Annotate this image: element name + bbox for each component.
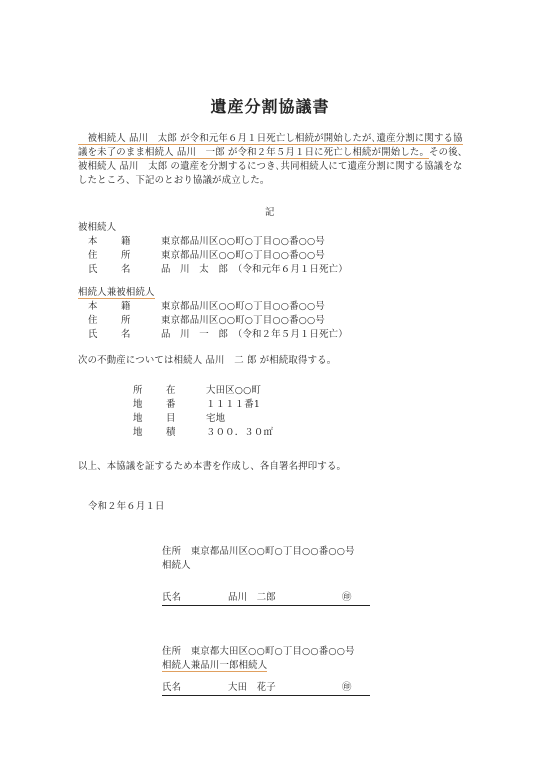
address: 東京都大田区○○町○丁目○○番○○号 — [191, 646, 355, 657]
label: 目 — [166, 412, 206, 426]
intro-line-1: 被相続人 品川 太郎 が令和元年６月１日死亡し相続が開始したが､遺産分割に関する… — [78, 133, 463, 145]
signature-line: 氏名 品川 二郎 ㊞ — [162, 591, 370, 606]
value: 大田区○○町 — [206, 384, 261, 398]
intro-line-2-tail: その後、 — [429, 147, 467, 158]
label: 所 — [121, 249, 161, 263]
signer-2: 住所 東京都大田区○○町○丁目○○番○○号 相続人兼品川一郎相続人 氏名 大田 … — [162, 645, 370, 696]
decedent2-section: 相続人兼被相続人 本籍東京都品川区○○町○丁目○○番○○号 住所東京都品川区○○… — [78, 286, 348, 342]
address-label: 住所 — [162, 546, 181, 557]
label: 氏 — [88, 263, 121, 277]
decedent2-row-address: 住所東京都品川区○○町○丁目○○番○○号 — [78, 314, 348, 328]
closing-statement: 以上、本協議を証するため本書を作成し、各自署名押印する。 — [78, 460, 346, 474]
label: 氏 — [88, 328, 121, 342]
label: 所 — [121, 314, 161, 328]
document-date: 令和２年６月１日 — [88, 500, 165, 514]
decedent2-row-honseki: 本籍東京都品川区○○町○丁目○○番○○号 — [78, 300, 348, 314]
decedent2-heading: 相続人兼被相続人 — [78, 287, 155, 299]
decedent1-row-name: 氏名品 川 太 郎 （令和元年６月１日死亡） — [78, 263, 348, 277]
label: 名 — [121, 263, 161, 277]
label: 住 — [88, 249, 121, 263]
intro-line-4: したところ、下記のとおり協議が成立した。 — [78, 174, 467, 188]
signature-line: 氏名 大田 花子 ㊞ — [162, 681, 370, 696]
signer-role: 相続人 — [162, 559, 370, 573]
seal-mark: ㊞ — [342, 681, 352, 695]
label: 番 — [166, 398, 206, 412]
value: 品 川 一 郎 （令和２年５月１日死亡） — [161, 328, 348, 342]
label: 地 — [133, 398, 166, 412]
label: 名 — [121, 328, 161, 342]
address-label: 住所 — [162, 646, 181, 657]
label: 在 — [166, 384, 206, 398]
intro-paragraph: 被相続人 品川 太郎 が令和元年６月１日死亡し相続が開始したが､遺産分割に関する… — [78, 132, 467, 188]
label: 住 — [88, 314, 121, 328]
decedent1-section: 被相続人 本籍東京都品川区○○町○丁目○○番○○号 住所東京都品川区○○町○丁目… — [78, 221, 348, 277]
label: 籍 — [121, 235, 161, 249]
value: 東京都品川区○○町○丁目○○番○○号 — [161, 300, 325, 314]
decedent1-row-honseki: 本籍東京都品川区○○町○丁目○○番○○号 — [78, 235, 348, 249]
address: 東京都品川区○○町○丁目○○番○○号 — [191, 546, 355, 557]
value: ３００．３０㎡ — [206, 426, 273, 440]
label: 積 — [166, 426, 206, 440]
seal-mark: ㊞ — [342, 591, 352, 605]
label: 本 — [88, 235, 121, 249]
label: 所 — [133, 384, 166, 398]
property-row-category: 地目宅地 — [133, 412, 273, 426]
ki-heading: 記 — [265, 206, 275, 220]
label: 籍 — [121, 300, 161, 314]
label: 地 — [133, 426, 166, 440]
value: １１１１番1 — [206, 398, 260, 412]
value: 東京都品川区○○町○丁目○○番○○号 — [161, 314, 325, 328]
name-label: 氏名 — [162, 681, 228, 695]
decedent1-heading: 被相続人 — [78, 221, 348, 235]
intro-line-2: 議を未了のまま相続人 品川 一郎 が令和２年５月１日に死亡し相続が開始した。 — [78, 147, 429, 159]
signer-1: 住所 東京都品川区○○町○丁目○○番○○号 相続人 氏名 品川 二郎 ㊞ — [162, 545, 370, 606]
signer-name: 大田 花子 — [228, 681, 342, 695]
signer-role: 相続人兼品川一郎相続人 — [162, 660, 267, 672]
property-row-location: 所在大田区○○町 — [133, 384, 273, 398]
value: 品 川 太 郎 （令和元年６月１日死亡） — [161, 263, 348, 277]
property-intro: 次の不動産については相続人 品川 二 郎 が相続取得する。 — [78, 354, 336, 368]
property-row-area: 地積３００．３０㎡ — [133, 426, 273, 440]
property-table: 所在大田区○○町 地番１１１１番1 地目宅地 地積３００．３０㎡ — [133, 384, 273, 440]
name-label: 氏名 — [162, 591, 228, 605]
value: 東京都品川区○○町○丁目○○番○○号 — [161, 249, 325, 263]
document-title: 遺産分割協議書 — [0, 94, 540, 117]
decedent2-row-name: 氏名品 川 一 郎 （令和２年５月１日死亡） — [78, 328, 348, 342]
label: 本 — [88, 300, 121, 314]
intro-line-3: 被相続人 品川 太郎 の遺産を分割するにつき､共同相続人にて遺産分割に関する協議… — [78, 160, 467, 174]
label: 地 — [133, 412, 166, 426]
property-row-lot: 地番１１１１番1 — [133, 398, 273, 412]
value: 東京都品川区○○町○丁目○○番○○号 — [161, 235, 325, 249]
signer-name: 品川 二郎 — [228, 591, 342, 605]
value: 宅地 — [206, 412, 225, 426]
decedent1-row-address: 住所東京都品川区○○町○丁目○○番○○号 — [78, 249, 348, 263]
